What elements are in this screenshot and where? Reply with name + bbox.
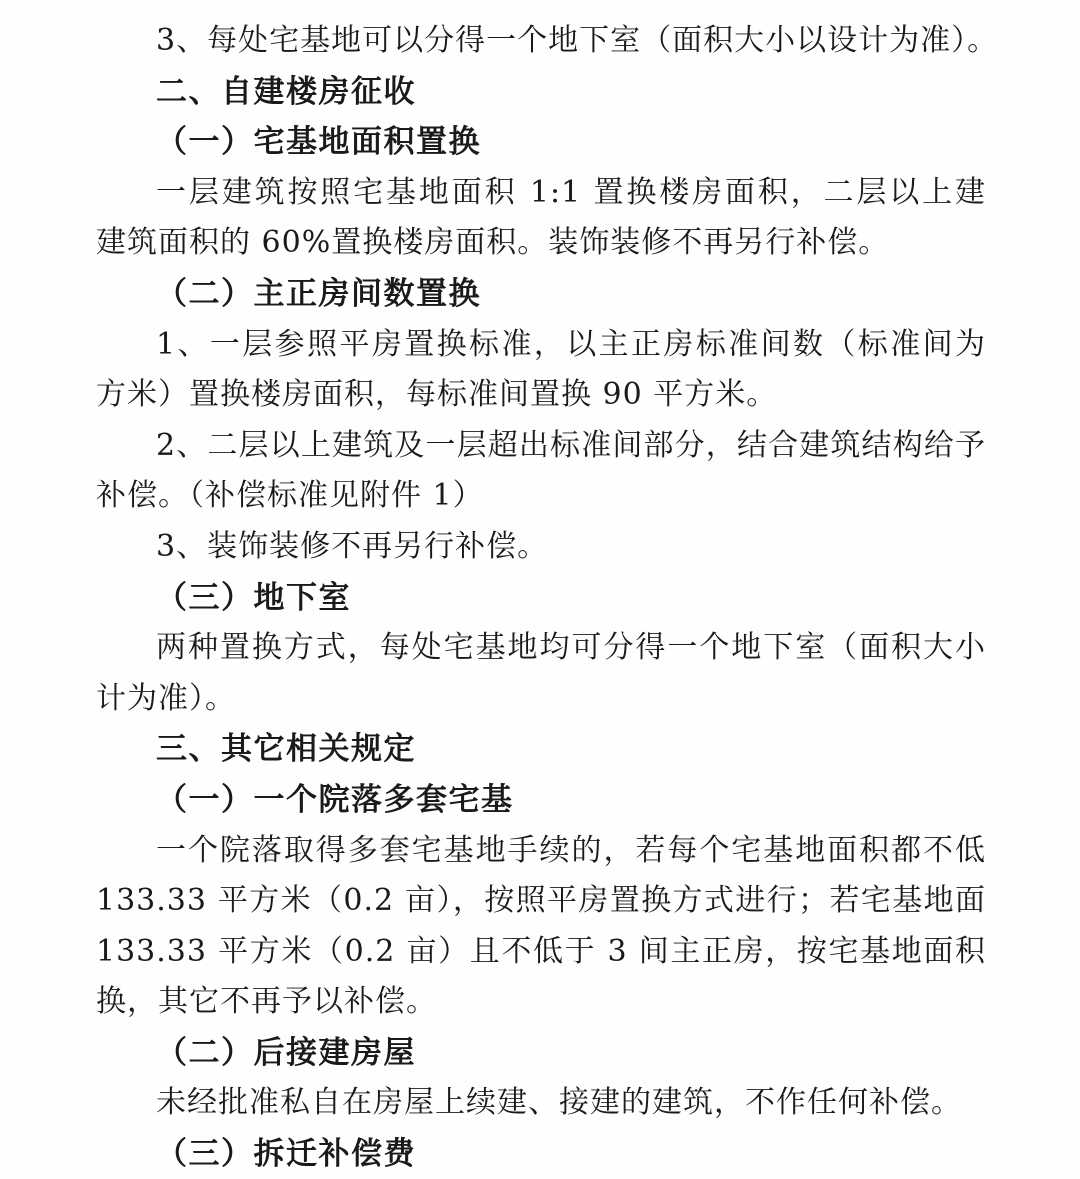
heading-line: （二）主正房间数置换 [96, 269, 986, 320]
text-line: 3、装饰装修不再另行补偿。 [96, 522, 986, 573]
text-line: 方米）置换楼房面积，每标准间置换 90 平方米。 [96, 370, 986, 421]
text-line: 133.33 平方米（0.2 亩）且不低于 3 间主正房，按宅基地面积 1:1 … [96, 927, 986, 978]
text-line: 两种置换方式，每处宅基地均可分得一个地下室（面积大小以设 [96, 623, 986, 674]
heading-line: （一）宅基地面积置换 [96, 117, 986, 168]
document-page: 3、每处宅基地可以分得一个地下室（面积大小以设计为准）。二、自建楼房征收（一）宅… [0, 0, 1080, 1179]
text-line: 1、一层参照平房置换标准，以主正房标准间数（标准间为 21 平 [96, 320, 986, 371]
heading-line: 三、其它相关规定 [96, 724, 986, 775]
heading-line: （三）地下室 [96, 573, 986, 624]
text-line: 补偿。（补偿标准见附件 1） [96, 471, 986, 522]
text-line: 2、二层以上建筑及一层超出标准间部分，结合建筑结构给予货币 [96, 421, 986, 472]
heading-line: （一）一个院落多套宅基 [96, 775, 986, 826]
text-line: 未经批准私自在房屋上续建、接建的建筑，不作任何补偿。 [96, 1078, 986, 1129]
text-line: 一层建筑按照宅基地面积 1:1 置换楼房面积，二层以上建筑，按 [96, 168, 986, 219]
heading-line: 二、自建楼房征收 [96, 67, 986, 118]
document-body: 3、每处宅基地可以分得一个地下室（面积大小以设计为准）。二、自建楼房征收（一）宅… [96, 16, 986, 1179]
heading-line: （三）拆迁补偿费 [96, 1129, 986, 1179]
heading-line: （二）后接建房屋 [96, 1028, 986, 1079]
text-line: 建筑面积的 60%置换楼房面积。装饰装修不再另行补偿。 [96, 218, 986, 269]
text-line: 计为准）。 [96, 674, 986, 725]
text-line: 133.33 平方米（0.2 亩），按照平房置换方式进行；若宅基地面积低于 [96, 876, 986, 927]
text-line: 换，其它不再予以补偿。 [96, 977, 986, 1028]
text-line: 3、每处宅基地可以分得一个地下室（面积大小以设计为准）。 [96, 16, 986, 67]
text-line: 一个院落取得多套宅基地手续的，若每个宅基地面积都不低于 [96, 826, 986, 877]
